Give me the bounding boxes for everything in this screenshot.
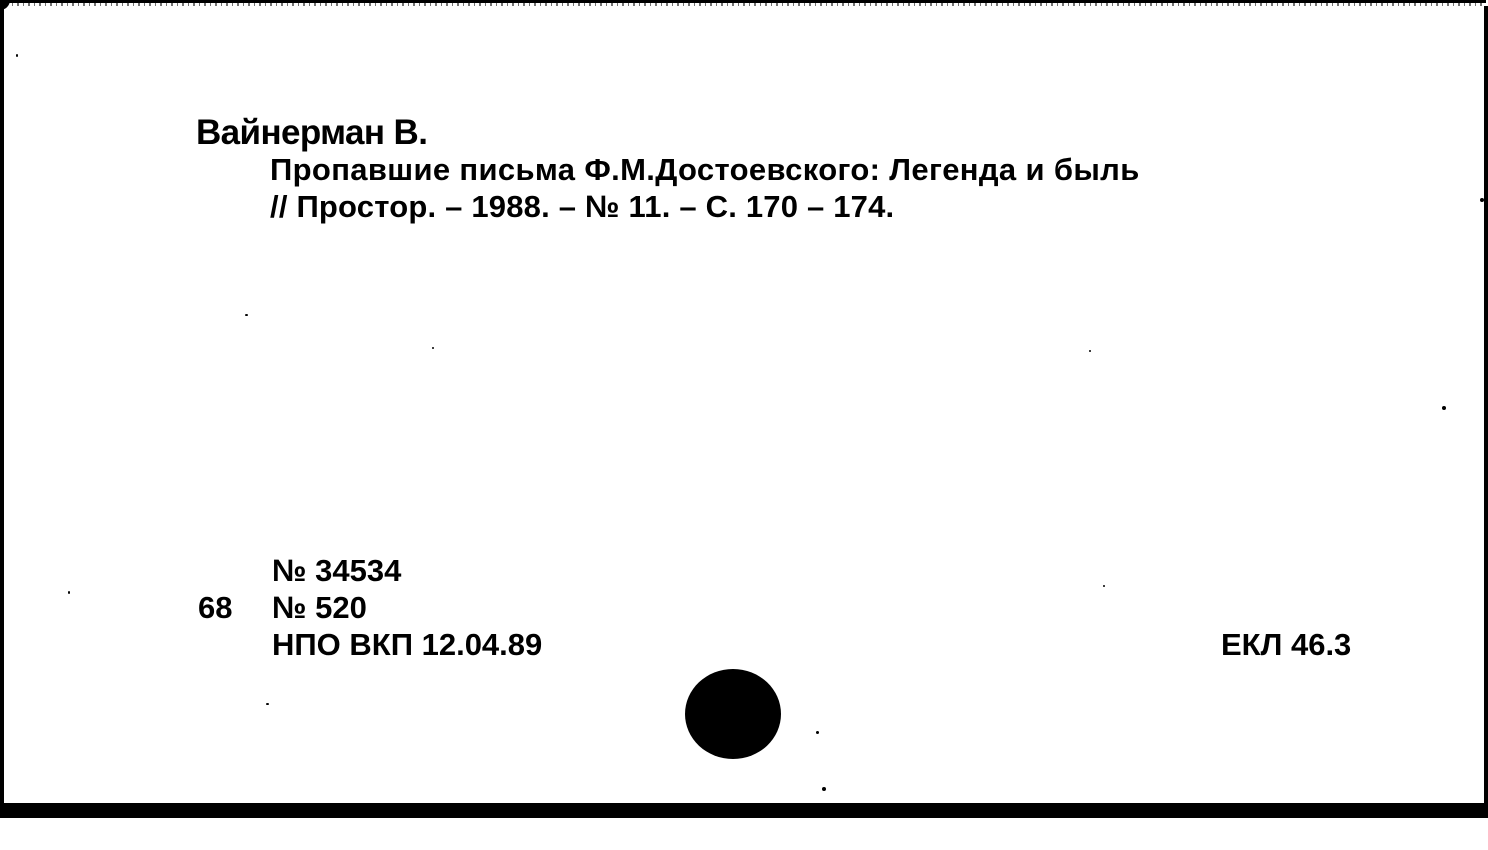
catalog-card: Вайнерман В. Пропавшие письма Ф.М.Достое… xyxy=(0,0,1488,818)
scan-speck xyxy=(432,347,434,349)
card-edge-left xyxy=(0,0,4,818)
article-title: Пропавшие письма Ф.М.Достоевского: Леген… xyxy=(270,154,1140,185)
scan-speck xyxy=(816,731,819,734)
classification-code: ЕКЛ 46.3 xyxy=(1221,629,1351,660)
scan-speck xyxy=(1089,350,1091,352)
card-edge-right xyxy=(1484,6,1488,812)
accession-number-primary: № 34534 xyxy=(272,555,401,586)
scan-speck xyxy=(266,703,269,705)
source-citation: // Простор. – 1988. – № 11. – С. 170 – 1… xyxy=(270,191,894,222)
punch-hole xyxy=(685,669,781,759)
scan-speck xyxy=(245,314,248,316)
library-stamp-date: НПО ВКП 12.04.89 xyxy=(272,629,542,660)
author-heading: Вайнерман В. xyxy=(196,115,427,150)
scan-speck xyxy=(1442,406,1446,410)
card-edge-bottom xyxy=(0,803,1488,818)
scan-speck xyxy=(16,54,18,57)
accession-number-secondary: № 520 xyxy=(272,592,367,623)
scan-speck xyxy=(1103,585,1105,587)
scan-speck xyxy=(1480,198,1484,202)
shelf-number: 68 xyxy=(198,592,232,623)
scan-speck xyxy=(822,787,826,791)
scan-speck xyxy=(68,591,70,594)
card-corner-top-left xyxy=(0,0,10,10)
card-edge-top-scan-noise xyxy=(6,3,1486,6)
